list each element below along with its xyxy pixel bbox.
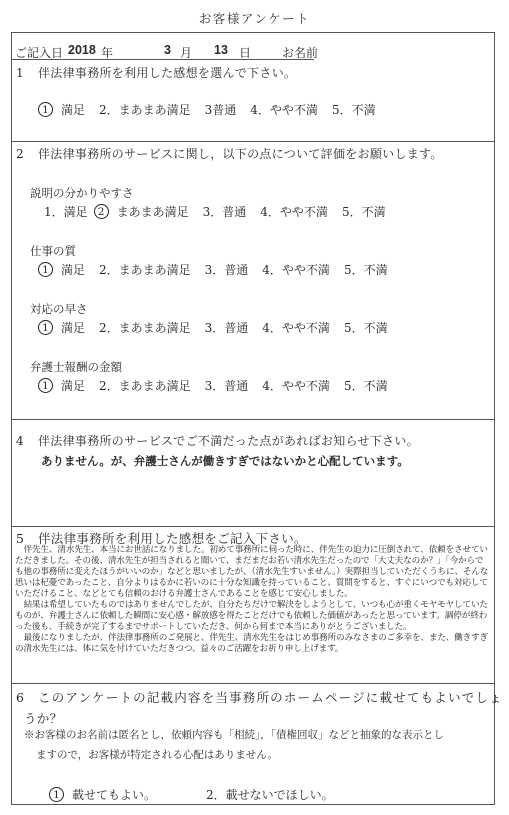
document-title: お客様アンケート (0, 9, 509, 27)
comment-paragraph-2: 結果は希望していたものではありませんでしたが、自分たちだけで解決をしようとして、… (15, 600, 491, 633)
quality-option-4[interactable]: 4．やや不満 (262, 261, 330, 278)
q6-option-2[interactable]: 2．載せないでほしい。 (206, 786, 334, 803)
date-month-unit: 月 (180, 44, 192, 61)
section-q1: ご記入日 2018 年 3 月 13 日 お名前 1伴法律事務所を利用した感想を… (12, 33, 494, 141)
option-label: 載せてもよい。 (72, 786, 156, 803)
q5-number: 5 (12, 531, 38, 546)
selected-circle-icon: 1 (38, 102, 53, 117)
q2-item-label-speed: 対応の早さ (30, 301, 88, 317)
selected-circle-icon: 1 (38, 378, 53, 393)
q4-text: 伴法律事務所のサービスでご不満だった点があればお知らせ下さい。 (38, 434, 419, 448)
quality-option-1[interactable]: 1満足 (38, 261, 85, 278)
fee-option-1[interactable]: 1満足 (38, 377, 85, 394)
q1-options: 1満足 2．まあまあ満足 3普通 4．やや不満 5．不満 (38, 101, 390, 118)
section-q5: 5伴法律事務所を利用した感想をご記入下さい。 伴先生、清水先生、本当にお世話にな… (12, 526, 494, 683)
q4-question: 4伴法律事務所のサービスでご不満だった点があればお知らせ下さい。 (12, 432, 419, 449)
q2-question: 2伴法律事務所のサービスに関し，以下の点について評価をお願いします。 (12, 145, 443, 162)
q6-option-1[interactable]: 1載せてもよい。 (49, 786, 156, 803)
fee-option-4[interactable]: 4．やや不満 (262, 377, 330, 394)
q2-item-clarity-options: 1．満足 2まあまあ満足 3．普通 4．やや不満 5．不満 (44, 203, 400, 220)
q6-options: 1載せてもよい。 2．載せないでほしい。 (49, 786, 348, 803)
q1-number: 1 (12, 66, 38, 80)
speed-option-4[interactable]: 4．やや不満 (262, 319, 330, 336)
date-label: ご記入日 (15, 44, 63, 61)
option-label: 満足 (61, 319, 85, 336)
survey-form: ご記入日 2018 年 3 月 13 日 お名前 1伴法律事務所を利用した感想を… (11, 32, 495, 805)
comment-paragraph-1: 伴先生、清水先生、本当にお世話になりました。初めて事務所に伺った時に、伴先生の迫… (15, 545, 491, 600)
q5-text: 伴法律事務所を利用した感想をご記入下さい。 (38, 531, 307, 546)
q2-item-label-fee: 弁護士報酬の金額 (30, 359, 122, 375)
q1-option-1[interactable]: 1満足 (38, 101, 85, 118)
speed-option-2[interactable]: 2．まあまあ満足 (99, 319, 191, 336)
option-label: まあまあ満足 (117, 203, 189, 220)
selected-circle-icon: 1 (49, 787, 64, 802)
q2-text: 伴法律事務所のサービスに関し，以下の点について評価をお願いします。 (38, 147, 443, 161)
clarity-option-1[interactable]: 1．満足 (44, 203, 88, 220)
clarity-option-5[interactable]: 5．不満 (342, 203, 386, 220)
q2-item-label-quality: 仕事の質 (30, 243, 76, 259)
name-label: お名前 (282, 44, 318, 61)
section-q6: 6このアンケートの記載内容を当事務所のホームページに載せてもよいでしょ うか？ … (12, 683, 494, 805)
fee-option-2[interactable]: 2．まあまあ満足 (99, 377, 191, 394)
quality-option-5[interactable]: 5．不満 (344, 261, 388, 278)
q1-question: 1伴法律事務所を利用した感想を選んで下さい。 (12, 64, 296, 81)
q2-number: 2 (12, 147, 38, 161)
quality-option-2[interactable]: 2．まあまあ満足 (99, 261, 191, 278)
date-year-unit: 年 (101, 44, 113, 61)
selected-circle-icon: 2 (94, 204, 109, 219)
date-day: 13 (214, 43, 228, 57)
q2-item-speed-options: 1満足 2．まあまあ満足 3．普通 4．やや不満 5．不満 (38, 319, 402, 336)
q4-answer[interactable]: ありません。が、弁護士さんが働きすぎではないかと心配しています。 (41, 453, 409, 469)
q2-item-label-clarity: 説明の分かりやすさ (30, 185, 134, 201)
q6-note: ※お客様のお名前は匿名とし，依頼内容も「相続」，「債権回収」などと抽象的な表示と… (24, 725, 484, 765)
q6-question: 6このアンケートの記載内容を当事務所のホームページに載せてもよいでしょ (12, 688, 503, 706)
speed-option-5[interactable]: 5．不満 (344, 319, 388, 336)
date-month: 3 (164, 43, 171, 57)
clarity-option-2[interactable]: 2まあまあ満足 (94, 203, 189, 220)
date-row: ご記入日 2018 年 3 月 13 日 お名前 (12, 42, 314, 60)
q6-note-line2: ますので，お客様が特定される心配はありません。 (24, 745, 484, 765)
selected-circle-icon: 1 (38, 262, 53, 277)
q1-option-2[interactable]: 2．まあまあ満足 (99, 101, 191, 118)
q2-item-quality-options: 1満足 2．まあまあ満足 3．普通 4．やや不満 5．不満 (38, 261, 402, 278)
option-label: 満足 (61, 261, 85, 278)
option-label: 満足 (61, 101, 85, 118)
q1-option-5[interactable]: 5．不満 (332, 101, 376, 118)
selected-circle-icon: 1 (38, 320, 53, 335)
option-label: 満足 (61, 377, 85, 394)
q5-comment[interactable]: 伴先生、清水先生、本当にお世話になりました。初めて事務所に伺った時に、伴先生の迫… (15, 545, 491, 655)
comment-paragraph-3: 最後になりましたが、伴法律事務所のご発展と、伴先生、清水先生をはじめ事務所のみな… (15, 633, 491, 655)
q4-number: 4 (12, 434, 38, 448)
fee-option-3[interactable]: 3．普通 (205, 377, 249, 394)
q6-text-line1: このアンケートの記載内容を当事務所のホームページに載せてもよいでしょ (38, 690, 503, 705)
section-q2: 2伴法律事務所のサービスに関し，以下の点について評価をお願いします。 説明の分か… (12, 141, 494, 419)
date-year: 2018 (68, 43, 96, 57)
q6-number: 6 (12, 690, 38, 705)
q6-note-line1: ※お客様のお名前は匿名とし，依頼内容も「相続」，「債権回収」などと抽象的な表示と… (24, 725, 484, 745)
date-day-unit: 日 (239, 44, 251, 61)
q2-item-fee-options: 1満足 2．まあまあ満足 3．普通 4．やや不満 5．不満 (38, 377, 402, 394)
q1-text: 伴法律事務所を利用した感想を選んで下さい。 (38, 66, 296, 80)
quality-option-3[interactable]: 3．普通 (205, 261, 249, 278)
q1-option-4[interactable]: 4．やや不満 (250, 101, 318, 118)
speed-option-1[interactable]: 1満足 (38, 319, 85, 336)
q1-option-3[interactable]: 3普通 (205, 101, 237, 118)
clarity-option-4[interactable]: 4．やや不満 (260, 203, 328, 220)
fee-option-5[interactable]: 5．不満 (344, 377, 388, 394)
section-q4: 4伴法律事務所のサービスでご不満だった点があればお知らせ下さい。 ありません。が… (12, 419, 494, 526)
speed-option-3[interactable]: 3．普通 (205, 319, 249, 336)
clarity-option-3[interactable]: 3．普通 (203, 203, 247, 220)
